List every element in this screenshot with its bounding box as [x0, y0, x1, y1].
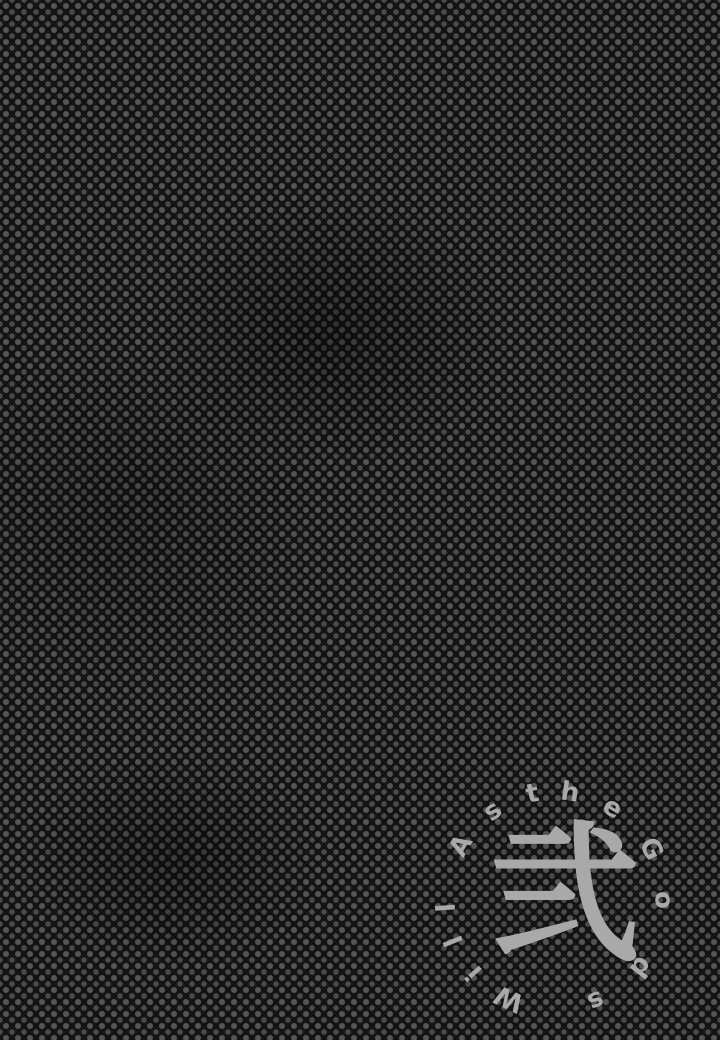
- volume-kanji: 弐: [490, 820, 610, 970]
- title-letter: A: [443, 830, 479, 862]
- title-letter: t: [523, 778, 541, 810]
- title-letter: W: [490, 979, 529, 1018]
- title-letter: i: [460, 959, 488, 986]
- title-letter: h: [559, 776, 582, 808]
- title-letter: o: [649, 891, 679, 909]
- title-letter: l: [439, 931, 470, 951]
- title-letter: s: [583, 984, 609, 1018]
- title-letter: l: [432, 902, 463, 913]
